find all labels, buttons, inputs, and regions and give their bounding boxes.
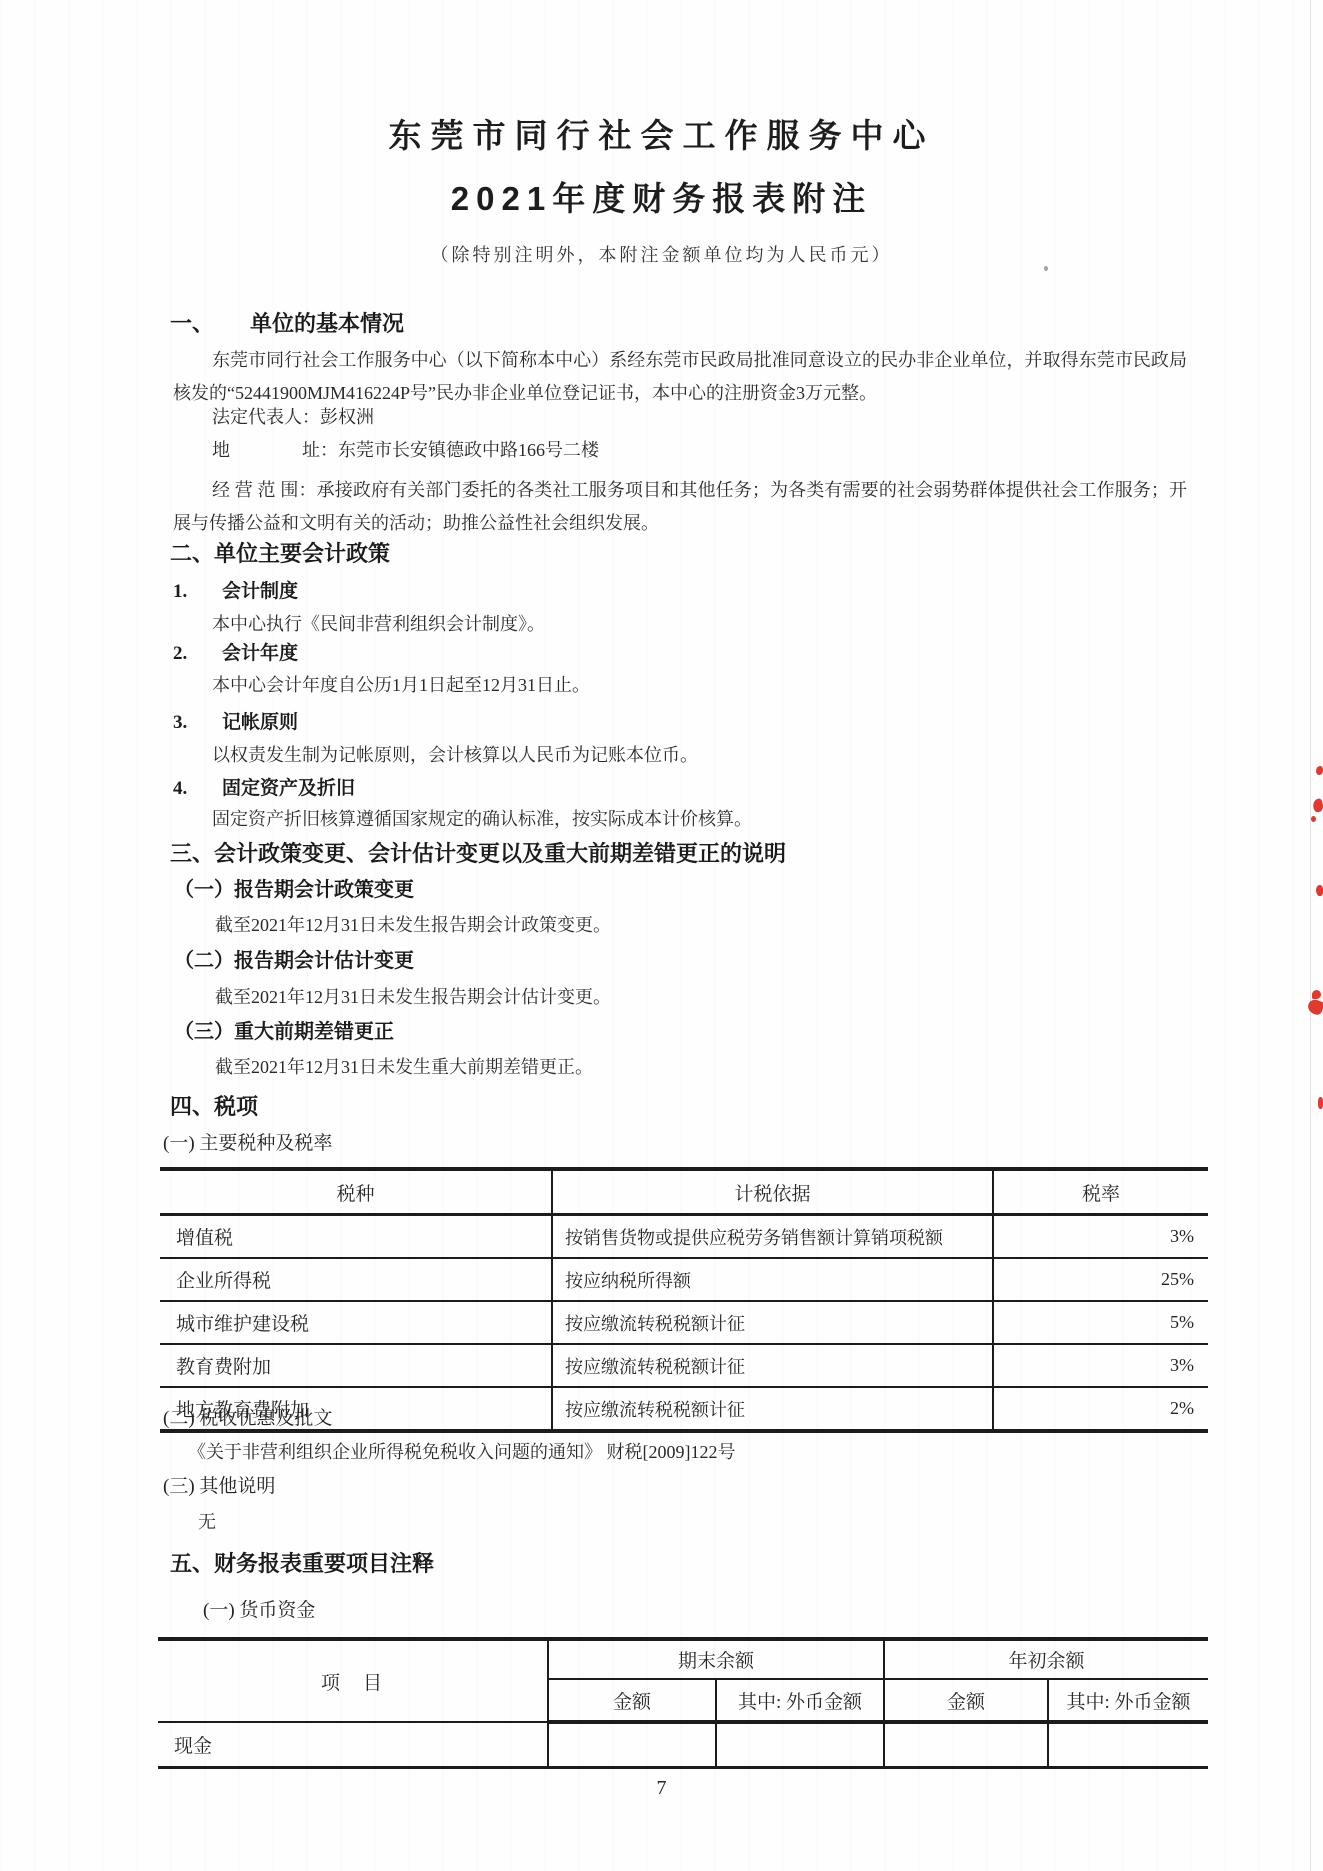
policy-item-2-label: 2.会计年度: [173, 642, 298, 666]
change-item-3-label: （三）重大前期差错更正: [174, 1020, 394, 1044]
tax-basis-cell: 按应缴流转税税额计征: [552, 1301, 993, 1344]
item-title: 记帐原则: [222, 712, 298, 733]
page-number: 7: [0, 1777, 1323, 1800]
table-row: 城市维护建设税 按应缴流转税税额计征 5%: [160, 1301, 1208, 1344]
red-stamp-mark: [1311, 816, 1316, 822]
red-stamp-mark: [1318, 1097, 1323, 1109]
scan-edge-line: [1310, 0, 1311, 1871]
cash-table: 项 目 期末余额 年初余额 金额 其中: 外币金额 金额 其中: 外币金额 现金: [158, 1637, 1208, 1769]
tax-rate-cell: 2%: [993, 1387, 1208, 1431]
tax-incentive-caption: (二) 税收优惠及批文: [163, 1407, 332, 1431]
foreign-amount-header: 其中: 外币金额: [1048, 1679, 1208, 1722]
tax-table: 税种 计税依据 税率 增值税 按销售货物或提供应税劳务销售额计算销项税额 3% …: [160, 1167, 1208, 1433]
address-line: 地 址：东莞市长安镇德政中路166号二楼: [212, 435, 599, 465]
tax-name-cell: 教育费附加: [160, 1344, 552, 1387]
tax-rate-caption: (一) 主要税种及税率: [163, 1132, 332, 1156]
item-number: 3.: [173, 711, 222, 735]
doc-title: 东莞市同行社会工作服务中心: [0, 116, 1323, 156]
table-row: 企业所得税 按应纳税所得额 25%: [160, 1258, 1208, 1301]
policy-item-2-body: 本中心会计年度自公历1月1日起至12月31日止。: [212, 670, 590, 700]
period-end-header: 期末余额: [548, 1639, 884, 1679]
red-stamp-mark: [1316, 885, 1323, 896]
amount-cell: [884, 1722, 1048, 1768]
section-1-title: 单位的基本情况: [250, 311, 404, 336]
cash-table-group-header-row: 项 目 期末余额 年初余额: [158, 1639, 1208, 1679]
section-1-heading: 一、单位的基本情况: [170, 311, 404, 337]
cash-item-cell: 现金: [158, 1722, 548, 1768]
table-row: 教育费附加 按应缴流转税税额计征 3%: [160, 1344, 1208, 1387]
other-note-caption: (三) 其他说明: [163, 1475, 275, 1499]
change-item-2-label: （二）报告期会计估计变更: [174, 949, 414, 973]
change-item-1-body: 截至2021年12月31日未发生报告期会计政策变更。: [215, 910, 611, 940]
intro-paragraph: 东莞市同行社会工作服务中心（以下简称本中心）系经东莞市民政局批准同意设立的民办非…: [173, 344, 1187, 410]
amount-cell: [548, 1722, 716, 1768]
policy-item-3-body: 以权责发生制为记帐原则，会计核算以人民币为记账本位币。: [212, 740, 698, 770]
tax-basis-cell: 按销售货物或提供应税劳务销售额计算销项税额: [552, 1215, 993, 1259]
section-1-number: 一、: [170, 311, 214, 336]
change-item-2-body: 截至2021年12月31日未发生报告期会计估计变更。: [215, 982, 611, 1012]
tax-basis-cell: 按应缴流转税税额计征: [552, 1387, 993, 1431]
item-number: 4.: [173, 777, 222, 801]
rate-col-header: 税率: [993, 1169, 1208, 1215]
policy-item-1-label: 1.会计制度: [173, 580, 298, 604]
section-4-heading: 四、税项: [170, 1094, 258, 1120]
section-3-heading: 三、会计政策变更、会计估计变更以及重大前期差错更正的说明: [170, 841, 786, 867]
cash-caption: (一) 货币资金: [203, 1599, 315, 1623]
approval-line: 《关于非营利组织企业所得税免税收入问题的通知》 财税[2009]122号: [188, 1437, 736, 1467]
change-item-1-label: （一）报告期会计政策变更: [174, 878, 414, 902]
tax-name-cell: 企业所得税: [160, 1258, 552, 1301]
red-stamp-mark: [1306, 998, 1323, 1016]
currency-unit-note: （除特别注明外，本附注金额单位均为人民币元）: [0, 243, 1323, 267]
tax-rate-cell: 25%: [993, 1258, 1208, 1301]
tax-table-header-row: 税种 计税依据 税率: [160, 1169, 1208, 1215]
other-note-value: 无: [198, 1507, 216, 1537]
legal-rep-line: 法定代表人：彭权洲: [212, 402, 374, 432]
item-number: 2.: [173, 642, 222, 666]
tax-basis-cell: 按应纳税所得额: [552, 1258, 993, 1301]
item-col-header: 项 目: [158, 1639, 548, 1722]
item-number: 1.: [173, 580, 222, 604]
scope-paragraph: 经 营 范 围：承接政府有关部门委托的各类社工服务项目和其他任务；为各类有需要的…: [173, 474, 1187, 540]
item-title: 会计制度: [222, 581, 298, 602]
table-row: 现金: [158, 1722, 1208, 1768]
doc-subtitle: 2021年度财务报表附注: [0, 179, 1323, 219]
year-start-header: 年初余额: [884, 1639, 1208, 1679]
red-stamp-mark: [1312, 990, 1321, 999]
amount-header: 金额: [884, 1679, 1048, 1722]
policy-item-4-body: 固定资产折旧核算遵循国家规定的确认标准，按实际成本计价核算。: [212, 804, 752, 834]
policy-item-4-label: 4.固定资产及折旧: [173, 777, 355, 801]
item-title: 会计年度: [222, 643, 298, 664]
tax-rate-cell: 3%: [993, 1215, 1208, 1259]
amount-header: 金额: [548, 1679, 716, 1722]
document-page: 东莞市同行社会工作服务中心 2021年度财务报表附注 （除特别注明外，本附注金额…: [0, 0, 1323, 1871]
table-row: 增值税 按销售货物或提供应税劳务销售额计算销项税额 3%: [160, 1215, 1208, 1259]
section-5-heading: 五、财务报表重要项目注释: [170, 1551, 434, 1577]
basis-col-header: 计税依据: [552, 1169, 993, 1215]
scan-speck: [1044, 266, 1048, 271]
policy-item-3-label: 3.记帐原则: [173, 711, 298, 735]
section-2-heading: 二、单位主要会计政策: [170, 541, 390, 567]
red-stamp-mark: [1311, 798, 1323, 813]
foreign-amount-cell: [1048, 1722, 1208, 1768]
change-item-3-body: 截至2021年12月31日未发生重大前期差错更正。: [215, 1052, 593, 1082]
tax-name-cell: 城市维护建设税: [160, 1301, 552, 1344]
policy-item-1-body: 本中心执行《民间非营利组织会计制度》。: [212, 609, 545, 639]
tax-rate-cell: 5%: [993, 1301, 1208, 1344]
foreign-amount-header: 其中: 外币金额: [716, 1679, 884, 1722]
tax-basis-cell: 按应缴流转税税额计征: [552, 1344, 993, 1387]
red-stamp-mark: [1316, 766, 1323, 775]
tax-rate-cell: 3%: [993, 1344, 1208, 1387]
foreign-amount-cell: [716, 1722, 884, 1768]
tax-name-cell: 增值税: [160, 1215, 552, 1259]
tax-col-header: 税种: [160, 1169, 552, 1215]
item-title: 固定资产及折旧: [222, 778, 355, 799]
